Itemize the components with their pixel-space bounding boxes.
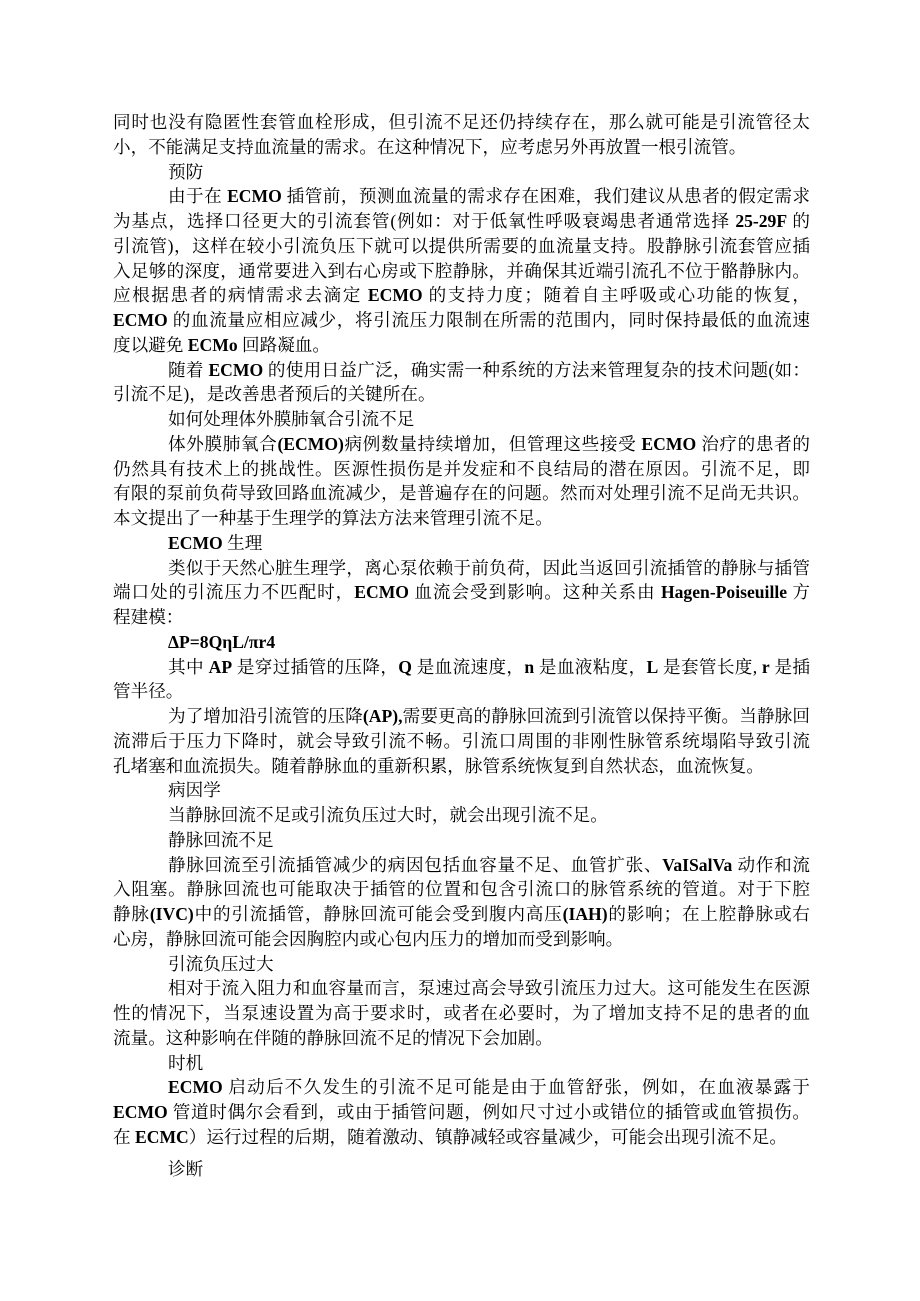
text-run: 应根据患者的病情需求去滴定 <box>113 285 368 305</box>
bold-text-run: Q <box>398 657 412 677</box>
text-run: 静脉回流不足 <box>168 830 274 850</box>
text-line: 程建模： <box>113 605 810 630</box>
text-run: 同时也没有隐匿性套管血栓形成，但引流不足还仍持续存在，那么就可能是引流管径太 <box>113 112 810 132</box>
text-line: 引流管)，这样在较小引流负压下就可以提供所需要的血流量支持。股静脉引流套管应插 <box>113 234 810 259</box>
text-run: 启动后不久发生的引流不足可能是由于血管舒张，例如，在血液暴露于 <box>223 1077 810 1097</box>
text-run: 是套管长度, <box>658 657 762 677</box>
text-line: 静脉(IVC)中的引流插管，静脉回流可能会受到腹内高压(IAH)的影响；在上腔静… <box>113 902 810 927</box>
text-run: 程建模： <box>113 607 183 627</box>
text-run: 有限的泵前负荷导致回路血流减少，是普遍存在的问题。然而对处理引流不足尚无共识。 <box>113 483 810 503</box>
text-run: 的支持力度；随着自主呼吸或心功能的恢复， <box>423 285 810 305</box>
text-line: 类似于天然心脏生理学，离心泵依赖于前负荷，因此当返回引流插管的静脉与插管 <box>113 556 810 581</box>
bold-text-run: n <box>524 657 534 677</box>
text-run: 管半径。 <box>113 681 183 701</box>
text-line: 孔堵塞和血流损失。随着静脉血的重新积累，脉管系统恢复到自然状态，血流恢复。 <box>113 754 810 779</box>
document-content: 同时也没有隐匿性套管血栓形成，但引流不足还仍持续存在，那么就可能是引流管径太小，… <box>113 110 810 1181</box>
text-run: 类似于天然心脏生理学，离心泵依赖于前负荷，因此当返回引流插管的静脉与插管 <box>168 558 810 578</box>
heading-excessive-drainage-pressure: 引流负压过大 <box>113 952 810 977</box>
text-line: 入足够的深度，通常要进入到右心房或下腔静脉，并确保其近端引流孔不位于骼静脉内。 <box>113 259 810 284</box>
text-run: 的 <box>787 211 810 231</box>
text-line: 随着 ECMO 的使用日益广泛，确实需一种系统的方法来管理复杂的技术问题(如： <box>113 358 810 383</box>
text-line: 有限的泵前负荷导致回路血流减少，是普遍存在的问题。然而对处理引流不足尚无共识。 <box>113 481 810 506</box>
text-run: 在 <box>113 1127 135 1147</box>
text-run: 小，不能满足支持血流量的需求。在这种情况下，应考虑另外再放置一根引流管。 <box>113 137 746 157</box>
heading-diagnosis: 诊断 <box>113 1157 810 1182</box>
bold-text-run: ΔP=8QηL/πr4 <box>168 632 275 652</box>
bold-text-run: ECMO <box>208 360 263 380</box>
text-run: 的使用日益广泛，确实需一种系统的方法来管理复杂的技术问题(如： <box>263 360 810 380</box>
document-page: 同时也没有隐匿性套管血栓形成，但引流不足还仍持续存在，那么就可能是引流管径太小，… <box>0 0 920 1301</box>
bold-text-run: ECMo <box>188 335 238 355</box>
bold-text-run: ECMO <box>168 1077 223 1097</box>
text-line: 相对于流入阻力和血容量而言，泵速过高会导致引流压力过大。这可能发生在医源 <box>113 976 810 1001</box>
bold-text-run: 25-29F <box>735 211 787 231</box>
bold-text-run: (IAH) <box>563 904 608 924</box>
text-line: 体外膜肺氧合(ECMO)病例数量持续增加，但管理这些接受 ECMO 治疗的患者的 <box>113 432 810 457</box>
text-line: 心房，静脉回流可能会因胸腔内或心包内压力的增加而受到影响。 <box>113 927 810 952</box>
text-run: 端口处的引流压力不匹配时， <box>113 582 354 602</box>
text-run: 孔堵塞和血流损失。随着静脉血的重新积累，脉管系统恢复到自然状态，血流恢复。 <box>113 756 764 776</box>
text-run: 的血流量应相应减少，将引流压力限制在所需的范围内，同时保持最低的血流速 <box>168 310 810 330</box>
text-run: 是穿过插管的压降， <box>232 657 398 677</box>
text-line: 流滞后于压力下降时，就会导致引流不畅。引流口周围的非刚性脉管系统塌陷导致引流 <box>113 729 810 754</box>
text-run: 插管前，预测血流量的需求存在困难，我们建议从患者的假定需求 <box>282 186 810 206</box>
text-run: 性的情况下，当泵速设置为高于要求时，或者在必要时，为了增加支持不足的患者的血 <box>113 1003 810 1023</box>
text-run: 为基点，选择口径更大的引流套管(例如：对于低氧性呼吸衰竭患者通常选择 <box>113 211 735 231</box>
text-line: ECMO 启动后不久发生的引流不足可能是由于血管舒张，例如，在血液暴露于 <box>113 1075 810 1100</box>
text-line: ECMO 管道时偶尔会看到，或由于插管问题，例如尺寸过小或错位的插管或血管损伤。 <box>113 1100 810 1125</box>
text-run: 病因学 <box>168 780 221 800</box>
bold-text-run: Hagen-Poiseuille <box>661 582 787 602</box>
heading-ecmo-physiology: ECMO 生理 <box>113 531 810 556</box>
bold-text-run: ECMO <box>113 310 168 330</box>
text-run: 血流会受到影响。这种关系由 <box>409 582 661 602</box>
text-run: 回路凝血。 <box>238 335 330 355</box>
text-run: 时机 <box>168 1053 203 1073</box>
heading-insufficient-venous-return: 静脉回流不足 <box>113 828 810 853</box>
text-run: 随着 <box>168 360 208 380</box>
text-run: 是插 <box>770 657 810 677</box>
bold-text-run: ECMO <box>113 1102 168 1122</box>
bold-text-run: L <box>647 657 659 677</box>
text-run: 流滞后于压力下降时，就会导致引流不畅。引流口周围的非刚性脉管系统塌陷导致引流 <box>113 731 810 751</box>
text-run: 是血液粘度， <box>534 657 646 677</box>
bold-text-run: ECMO <box>368 285 423 305</box>
text-run: 生理 <box>223 533 263 553</box>
text-line: 由于在 ECMO 插管前，预测血流量的需求存在困难，我们建议从患者的假定需求 <box>113 184 810 209</box>
text-run: 预防 <box>168 162 203 182</box>
heading-timing: 时机 <box>113 1051 810 1076</box>
heading-how-to-handle: 如何处理体外膜肺氧合引流不足 <box>113 407 810 432</box>
text-run: 由于在 <box>168 186 227 206</box>
text-run: 动作和流 <box>732 855 810 875</box>
bold-text-run: (AP), <box>363 706 403 726</box>
text-run: 需要更高的静脉回流到引流管以保持平衡。当静脉回 <box>402 706 810 726</box>
bold-text-run: r <box>762 657 770 677</box>
text-run: 度以避免 <box>113 335 188 355</box>
text-line: 小，不能满足支持血流量的需求。在这种情况下，应考虑另外再放置一根引流管。 <box>113 135 810 160</box>
text-run: 中的引流插管，静脉回流可能会受到腹内高压 <box>194 904 563 924</box>
text-line: 管半径。 <box>113 679 810 704</box>
text-run: 静脉 <box>113 904 150 924</box>
text-run: 仍然具有技术上的挑战性。医源性损伤是并发症和不良结局的潜在原因。引流不足，即 <box>113 459 810 479</box>
paragraph-gap <box>113 1150 810 1157</box>
text-run: 当静脉回流不足或引流负压过大时，就会出现引流不足。 <box>168 805 608 825</box>
formula-line: ΔP=8QηL/πr4 <box>113 630 810 655</box>
text-run: 入足够的深度，通常要进入到右心房或下腔静脉，并确保其近端引流孔不位于骼静脉内。 <box>113 261 810 281</box>
text-line: ECMO 的血流量应相应减少，将引流压力限制在所需的范围内，同时保持最低的血流速 <box>113 308 810 333</box>
text-run: 的影响；在上腔静脉或右 <box>608 904 810 924</box>
bold-text-run: ECMO <box>227 186 282 206</box>
text-line: 同时也没有隐匿性套管血栓形成，但引流不足还仍持续存在，那么就可能是引流管径太 <box>113 110 810 135</box>
text-line: 流量。这种影响在伴随的静脉回流不足的情况下会加剧。 <box>113 1026 810 1051</box>
bold-text-run: ECMO <box>354 582 409 602</box>
text-run: 如何处理体外膜肺氧合引流不足 <box>168 409 414 429</box>
text-run: 引流管)，这样在较小引流负压下就可以提供所需要的血流量支持。股静脉引流套管应插 <box>113 236 810 256</box>
text-line: 其中 AP 是穿过插管的压降，Q 是血流速度，n 是血液粘度，L 是套管长度, … <box>113 655 810 680</box>
text-run: 引流负压过大 <box>168 954 274 974</box>
text-run: 其中 <box>168 657 209 677</box>
bold-text-run: ECMC <box>135 1127 189 1147</box>
text-line: 度以避免 ECMo 回路凝血。 <box>113 333 810 358</box>
text-line: 端口处的引流压力不匹配时，ECMO 血流会受到影响。这种关系由 Hagen-Po… <box>113 580 810 605</box>
text-line: 当静脉回流不足或引流负压过大时，就会出现引流不足。 <box>113 803 810 828</box>
text-run: 是血流速度， <box>412 657 524 677</box>
text-run: 治疗的患者的 <box>696 434 810 454</box>
text-run: 诊断 <box>168 1159 203 1179</box>
text-run: 静脉回流至引流插管减少的病因包括血容量不足、血管扩张、 <box>168 855 662 875</box>
text-run: 入阻塞。静脉回流也可能取决于插管的位置和包含引流口的脉管系统的管道。对于下腔 <box>113 879 810 899</box>
bold-text-run: ECMO <box>168 533 223 553</box>
text-line: 应根据患者的病情需求去滴定 ECMO 的支持力度；随着自主呼吸或心功能的恢复， <box>113 283 810 308</box>
text-line: 为了增加沿引流管的压降(AP),需要更高的静脉回流到引流管以保持平衡。当静脉回 <box>113 704 810 729</box>
bold-text-run: ECMO <box>641 434 696 454</box>
text-run: 本文提出了一种基于生理学的算法方法来管理引流不足。 <box>113 508 553 528</box>
text-run: 引流不足)，是改善患者预后的关键所在。 <box>113 384 436 404</box>
text-line: 本文提出了一种基于生理学的算法方法来管理引流不足。 <box>113 506 810 531</box>
heading-etiology: 病因学 <box>113 778 810 803</box>
text-line: 静脉回流至引流插管减少的病因包括血容量不足、血管扩张、VaISalVa 动作和流 <box>113 853 810 878</box>
bold-text-run: (IVC) <box>150 904 194 924</box>
bold-text-run: (ECMO) <box>277 434 343 454</box>
heading-prevention: 预防 <box>113 160 810 185</box>
text-run: 为了增加沿引流管的压降 <box>168 706 363 726</box>
text-run: 体外膜肺氧合 <box>168 434 277 454</box>
text-run: 方 <box>787 582 810 602</box>
text-run: 流量。这种影响在伴随的静脉回流不足的情况下会加剧。 <box>113 1028 553 1048</box>
text-run: 病例数量持续增加，但管理这些接受 <box>344 434 642 454</box>
text-line: 仍然具有技术上的挑战性。医源性损伤是并发症和不良结局的潜在原因。引流不足，即 <box>113 457 810 482</box>
bold-text-run: VaISalVa <box>662 855 732 875</box>
text-run: 心房，静脉回流可能会因胸腔内或心包内压力的增加而受到影响。 <box>113 929 623 949</box>
text-line: 为基点，选择口径更大的引流套管(例如：对于低氧性呼吸衰竭患者通常选择 25-29… <box>113 209 810 234</box>
bold-text-run: AP <box>209 657 232 677</box>
text-line: 在 ECMC）运行过程的后期，随着激动、镇静减轻或容量减少，可能会出现引流不足。 <box>113 1125 810 1150</box>
text-run: 相对于流入阻力和血容量而言，泵速过高会导致引流压力过大。这可能发生在医源 <box>168 978 810 998</box>
text-run: 管道时偶尔会看到，或由于插管问题，例如尺寸过小或错位的插管或血管损伤。 <box>168 1102 810 1122</box>
text-line: 性的情况下，当泵速设置为高于要求时，或者在必要时，为了增加支持不足的患者的血 <box>113 1001 810 1026</box>
text-line: 引流不足)，是改善患者预后的关键所在。 <box>113 382 810 407</box>
text-line: 入阻塞。静脉回流也可能取决于插管的位置和包含引流口的脉管系统的管道。对于下腔 <box>113 877 810 902</box>
text-run: ）运行过程的后期，随着激动、镇静减轻或容量减少，可能会出现引流不足。 <box>189 1127 787 1147</box>
